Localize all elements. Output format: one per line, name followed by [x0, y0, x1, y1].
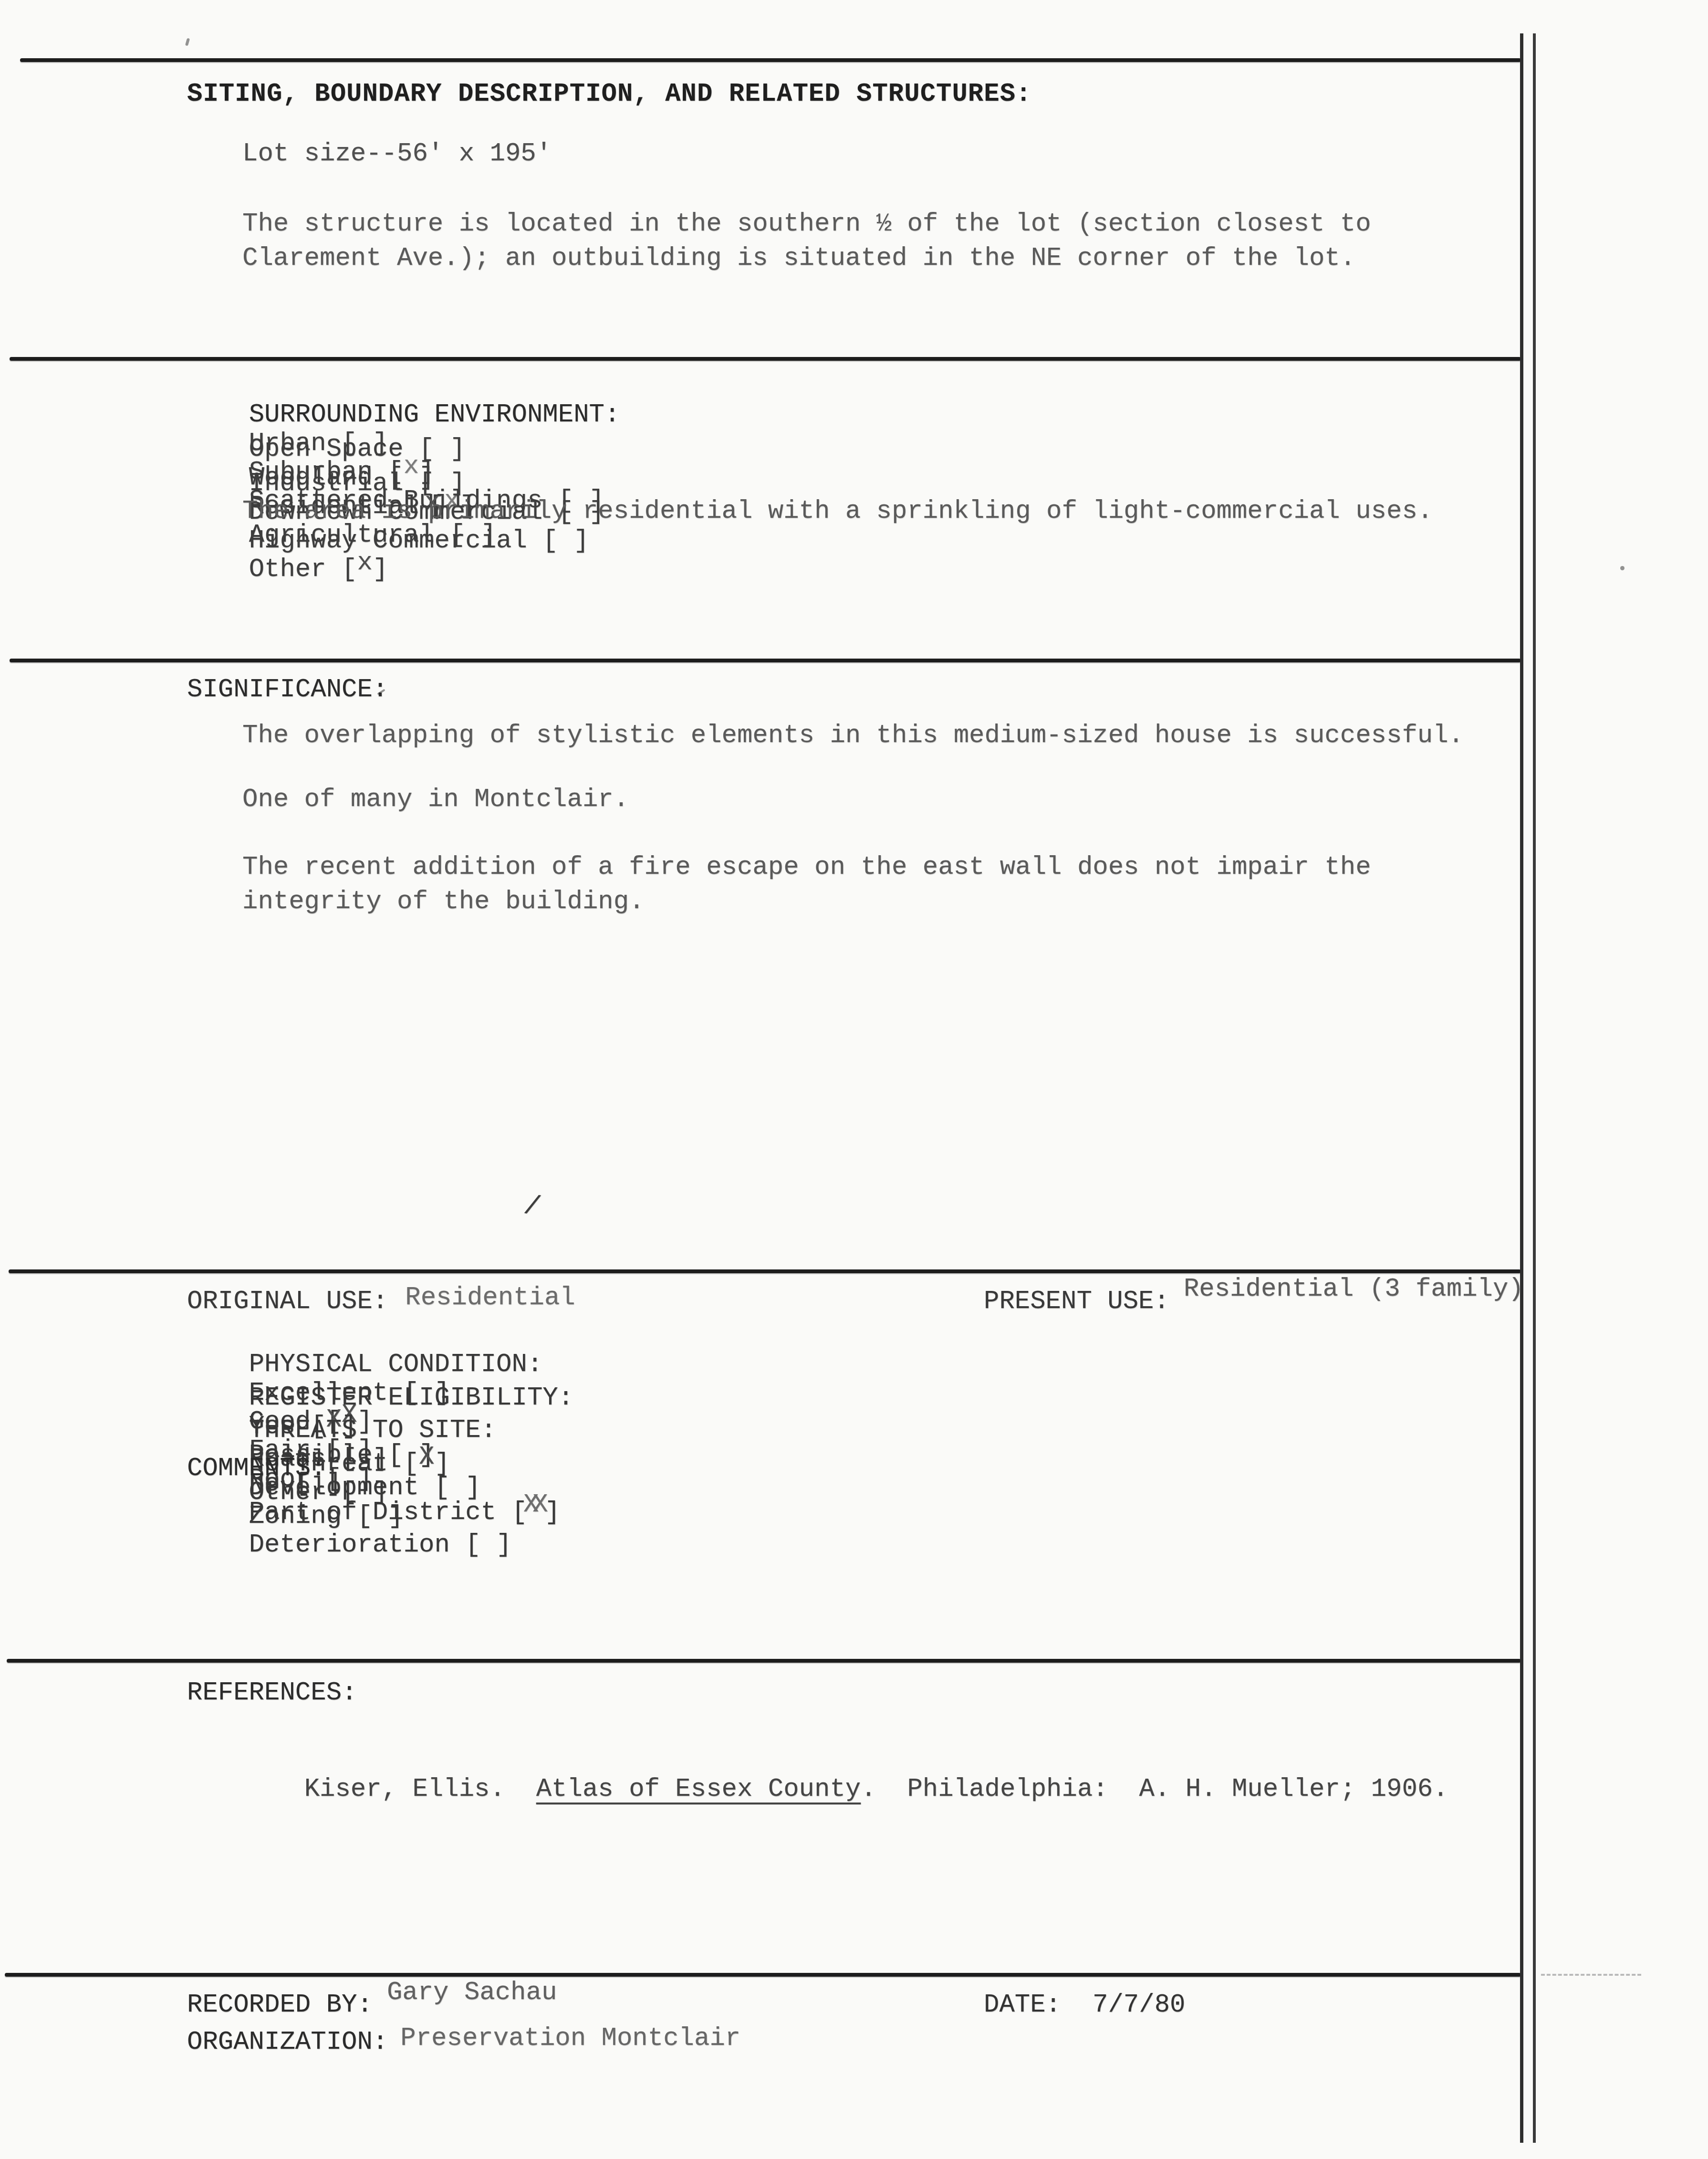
no-threat-x-mark: X	[419, 1443, 434, 1472]
significance-para1: The overlapping of stylistic elements in…	[242, 722, 1464, 750]
original-use-group: ORIGINAL USE:Residential	[187, 1288, 575, 1316]
present-use-label: PRESENT USE:	[984, 1287, 1169, 1316]
checkbox-highway-commercial: Highway Commercial [ ]	[249, 526, 589, 555]
scanned-survey-form-page: SITING, BOUNDARY DESCRIPTION, AND RELATE…	[0, 0, 1708, 2159]
section-divider-top	[20, 58, 1521, 62]
section-divider-environment	[10, 357, 1521, 361]
scan-dashed-mark	[1541, 1974, 1641, 1976]
other-x-mark: x	[357, 548, 372, 577]
recorded-by-group: RECORDED BY:Gary Sachau	[187, 1991, 557, 2020]
citation-rest: . Philadelphia: A. H. Mueller; 1906.	[861, 1775, 1448, 1804]
present-use-value: Residential (3 family)	[1184, 1275, 1524, 1304]
recorded-by-label: RECORDED BY:	[187, 1991, 373, 2020]
recorded-by-value: Gary Sachau	[387, 1978, 557, 2007]
citation-author: Kiser, Ellis.	[304, 1775, 536, 1804]
section-divider-footer	[5, 1973, 1521, 1977]
significance-para3-line2: integrity of the building.	[242, 888, 645, 916]
section-divider-use	[9, 1269, 1521, 1273]
right-margin-line-outer	[1533, 33, 1536, 2143]
organization-value: Preservation Montclair	[400, 2024, 740, 2053]
references-label: REFERENCES:	[187, 1679, 357, 1708]
comments-label: COMMENTS:	[187, 1455, 326, 1483]
scan-speck-dot	[1620, 566, 1625, 570]
significance-para2: One of many in Montclair.	[242, 786, 629, 814]
significance-para3-line1: The recent addition of a fire escape on …	[242, 853, 1371, 882]
citation-title: Atlas of Essex County	[536, 1775, 861, 1804]
organization-group: ORGANIZATION:Preservation Montclair	[187, 2028, 740, 2057]
original-use-value: Residential	[405, 1283, 575, 1312]
section-divider-significance	[10, 659, 1521, 662]
environment-note: The area is primarily residential with a…	[242, 497, 1433, 526]
stray-slash-mark: /	[521, 1192, 543, 1223]
environment-row-3: Industrial [ ] Downtown Commercial [ ] H…	[187, 441, 651, 613]
siting-section-heading: SITING, BOUNDARY DESCRIPTION, AND RELATE…	[187, 80, 1031, 109]
siting-description-line2: Clarement Ave.); an outbuilding is situa…	[242, 244, 1355, 273]
date-group: DATE:7/7/80	[984, 1991, 1185, 2020]
date-value: 7/7/80	[1093, 1991, 1185, 2020]
significance-label: SIGNIFICANCE:	[187, 676, 388, 704]
section-divider-references	[7, 1659, 1521, 1663]
right-margin-line-inner	[1520, 33, 1523, 2143]
present-use-group: PRESENT USE:Residential (3 family)	[984, 1288, 1524, 1316]
scan-speck	[185, 38, 190, 46]
checkbox-industrial: Industrial [ ]	[249, 469, 466, 498]
reference-citation: Kiser, Ellis. Atlas of Essex County. Phi…	[242, 1747, 1448, 1833]
organization-label: ORGANIZATION:	[187, 2028, 388, 2057]
siting-description-line1: The structure is located in the southern…	[242, 210, 1371, 239]
original-use-label: ORIGINAL USE:	[187, 1287, 388, 1316]
lot-size-text: Lot size--56' x 195'	[242, 140, 552, 168]
date-label: DATE:	[984, 1991, 1061, 2020]
